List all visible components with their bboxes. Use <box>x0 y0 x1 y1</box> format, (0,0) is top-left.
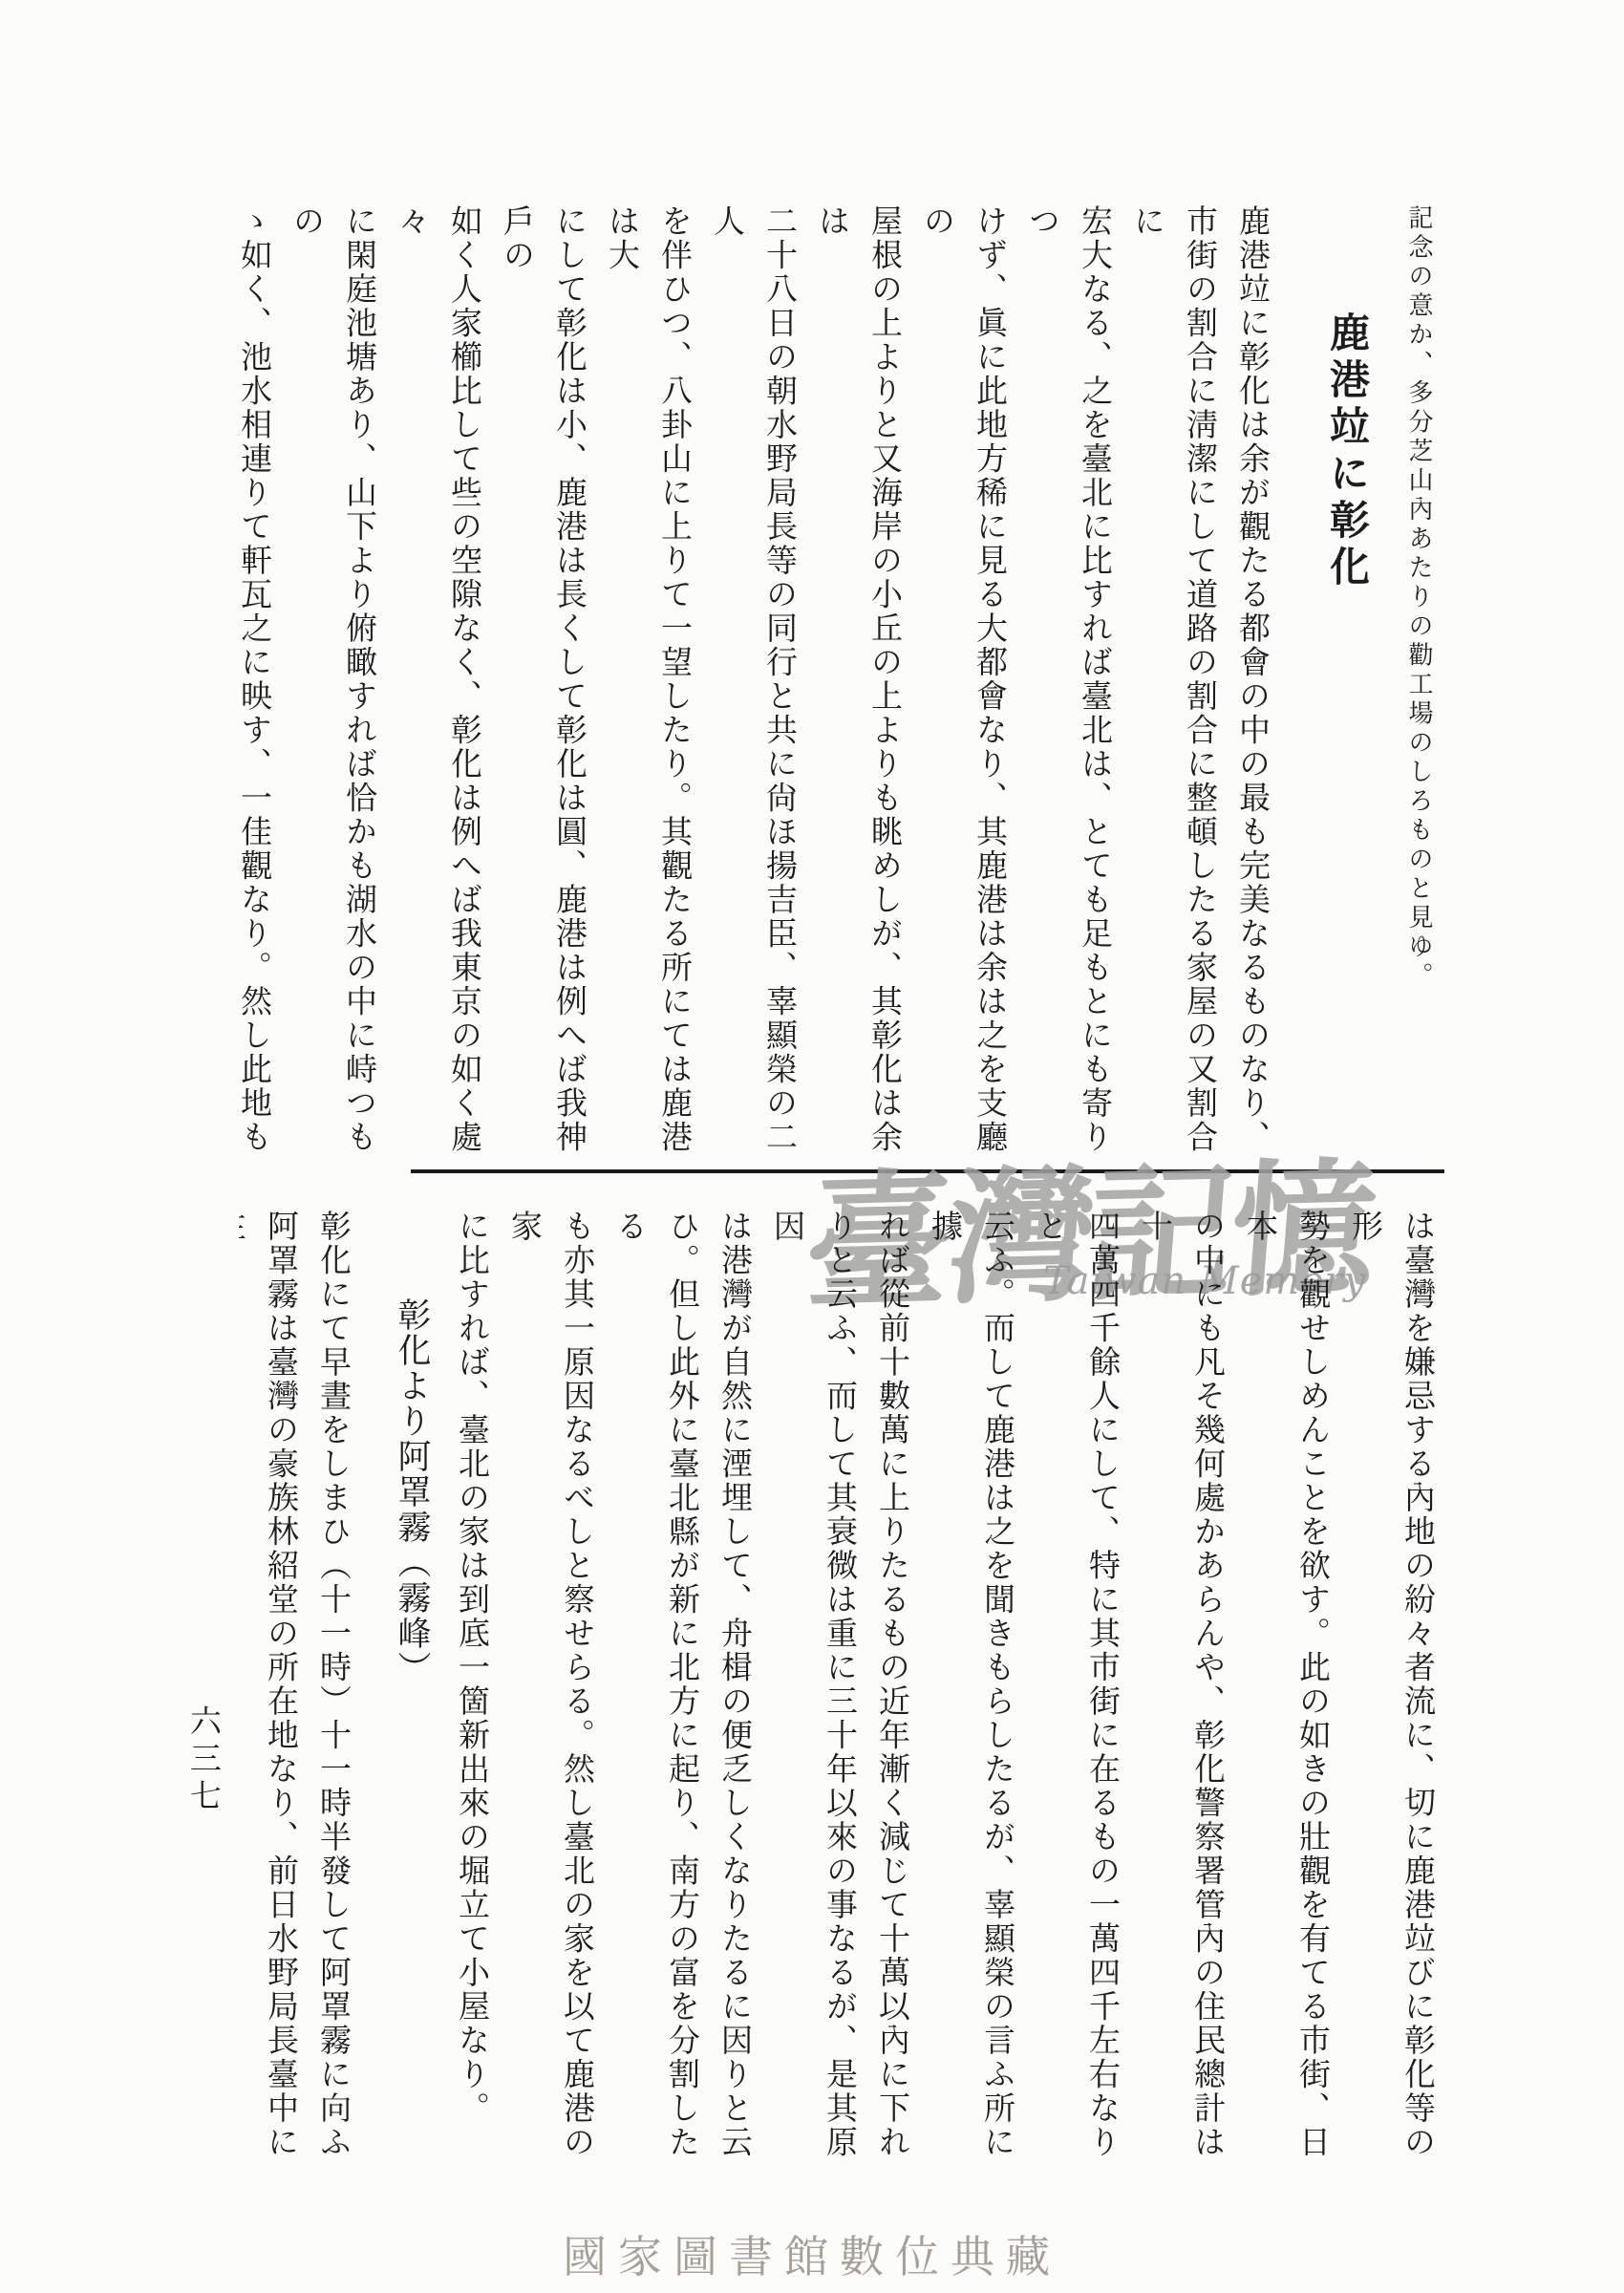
text-column: 二十八日の朝水野局長等の同行と共に尙ほ揚吉臣、辜顯榮の二人 <box>701 204 806 1165</box>
digital-archive-caption: 國家圖書館數位典藏 <box>0 2222 1624 2285</box>
text-column: 彰化にて早晝をしまひ（十一時）十一時半發して阿罩霧に向ふ <box>308 1210 360 2165</box>
text-column: の中にも凡そ幾何處かあらんや、彰化警察署管內の住民總計は十 <box>1129 1210 1234 2165</box>
text-column: 勢を觀せしめんことを欲す。此の如きの壯觀を有てる市街、日本 <box>1234 1210 1339 2165</box>
section-title-atabu: 彰化より阿罩霧（霧峰） <box>383 1210 440 2165</box>
page-number: 六三七 <box>182 1704 226 1816</box>
text-column: ひ。但し此外に臺北縣が新に北方に起り、南方の富を分割したる <box>604 1210 709 2165</box>
text-column: けず、眞に此地方稀に見る大都會なり、其鹿港は余は之を支廳の <box>911 204 1016 1165</box>
text-column: 阿罩霧は臺灣の豪族林紹堂の所在地なり、前日水野局長臺中に在 <box>239 1210 308 2165</box>
chapter-title-lukang-changhua: 鹿港竝に彰化 <box>1317 204 1377 1165</box>
text-column: 市街の割合に淸潔にして道路の割合に整頓したる家屋の又割合に <box>1122 204 1227 1165</box>
carryover-note-column: 記念の意か、多分芝山內あたりの勸工場のしろものと見ゆ。 <box>1390 204 1447 1165</box>
text-column: は港灣が自然に湮埋して、舟楫の便乏しくなりたるに因りと云 <box>709 1210 761 2165</box>
text-column: 四萬四千餘人にして、特に其市街に在るもの一萬四千左右なりと <box>1024 1210 1129 2165</box>
text-column: 鹿港竝に彰化は余が觀たる都會の中の最も完美なるものなり、 <box>1227 204 1279 1165</box>
text-column: にして彰化は小、鹿港は長くして彰化は圓、鹿港は例へば我神戶の <box>491 204 596 1165</box>
text-column: れば從前十數萬に上りたるもの近年漸く減じて十萬以內に下れ <box>866 1210 919 2165</box>
text-column: ゝ如く、池水相連りて軒瓦之に映す、一佳觀なり。然し此地も鹿港 <box>220 204 281 1165</box>
text-column: に閑庭池塘あり、山下より俯瞰すれば恰かも湖水の中に峙つもの <box>281 204 386 1165</box>
text-column: 云ふ。而して鹿港は之を聞きもらしたるが、辜顯榮の言ふ所に據 <box>919 1210 1024 2165</box>
text-column: を伴ひつ、八卦山に上りて一望したり。其觀たる所にては鹿港は大 <box>596 204 701 1165</box>
text-column: は臺灣を嫌忌する內地の紛々者流に、切に鹿港竝びに彰化等の形 <box>1339 1210 1444 2165</box>
text-column: りと云ふ、而して其衰微は重に三十年以來の事なるが、是其原因 <box>761 1210 866 2165</box>
bottom-text-block: は臺灣を嫌忌する內地の紛々者流に、切に鹿港竝びに彰化等の形 勢を觀せしめんことを… <box>239 1210 1444 2165</box>
text-column: に比すれば、臺北の家は到底一箇新出來の堀立て小屋なり。 <box>446 1210 499 2165</box>
text-column: 如く人家櫛比して些の空隙なく、彰化は例へば我東京の如く處々 <box>386 204 491 1165</box>
text-column: 屋根の上よりと又海岸の小丘の上よりも眺めしが、其彰化は余は <box>806 204 911 1165</box>
text-column: 宏大なる、之を臺北に比すれば臺北は、とても足もとにも寄りつ <box>1016 204 1122 1165</box>
top-text-block: 記念の意か、多分芝山內あたりの勸工場のしろものと見ゆ。 鹿港竝に彰化 鹿港竝に彰… <box>220 204 1447 1165</box>
text-column: も亦其一原因なるべしと察せらる。然し臺北の家を以て鹿港の家 <box>499 1210 604 2165</box>
